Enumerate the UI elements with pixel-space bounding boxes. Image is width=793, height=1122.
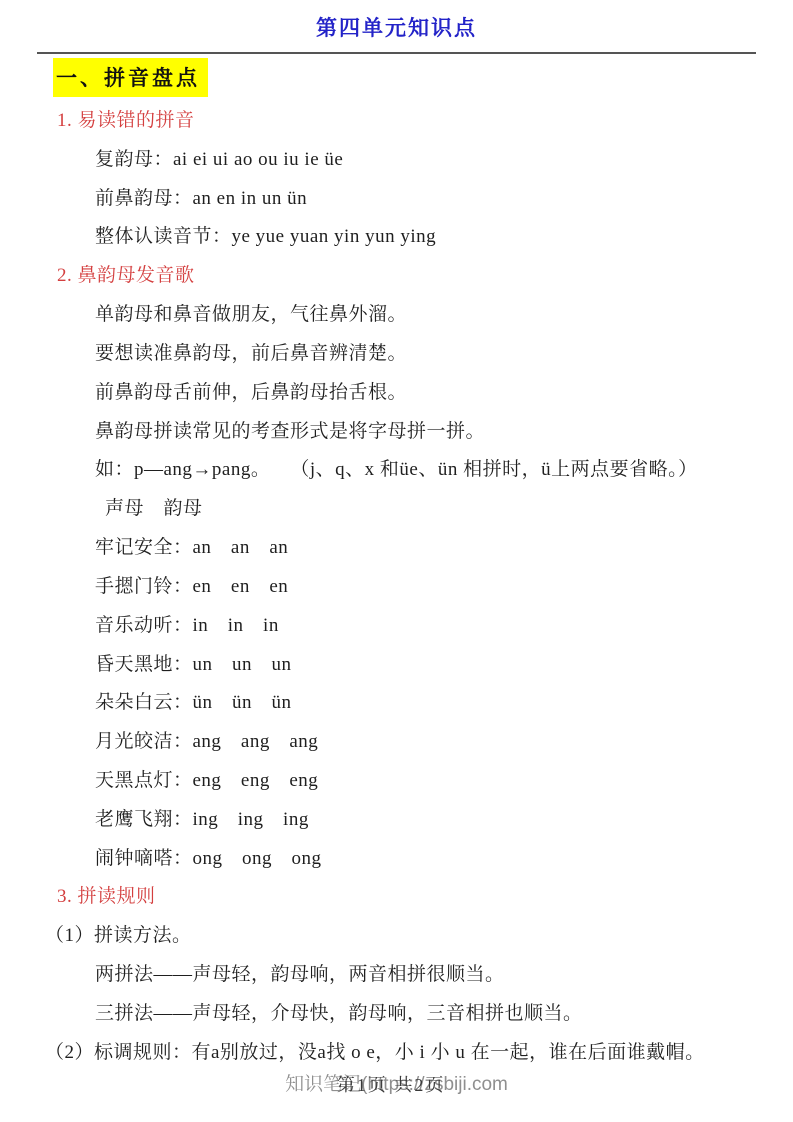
subheading-nasal-finals-song: 2. 鼻韵母发音歌 [0, 254, 793, 293]
subheading-easily-misread-pinyin: 1. 易读错的拼音 [0, 99, 793, 138]
line-two-spell-method: 两拼法——声母轻，韵母响，两音相拼很顺当。 [0, 953, 793, 992]
page-title: 第四单元知识点 [0, 12, 793, 42]
line-vn: 朵朵白云：ün ün ün [0, 681, 793, 720]
line-song-2: 要想读准鼻韵母，前后鼻音辨清楚。 [0, 332, 793, 371]
line-an: 牢记安全：an an an [0, 526, 793, 565]
line-ong: 闹钟嘀嗒：ong ong ong [0, 837, 793, 876]
line-in: 音乐动听：in in in [0, 604, 793, 643]
line-song-1: 单韵母和鼻音做朋友，气往鼻外溜。 [0, 293, 793, 332]
line-ing: 老鹰飞翔：ing ing ing [0, 798, 793, 837]
section-heading-pinyin-inventory: 一、拼音盘点 [53, 58, 208, 97]
line-front-nasal-finals: 前鼻韵母：an en in un ün [0, 177, 793, 216]
line-ang: 月光皎洁：ang ang ang [0, 720, 793, 759]
line-exam-form-note: 鼻韵母拼读常见的考查形式是将字母拼一拼。 [0, 410, 793, 449]
line-example-pang: 如：p—ang→pang。 （j、q、x 和üe、ün 相拼时，ü上两点要省略。… [0, 448, 793, 487]
line-en: 手摁门铃：en en en [0, 565, 793, 604]
document-page: 第四单元知识点 一、拼音盘点 1. 易读错的拼音 复韵母：ai ei ui ao… [0, 0, 793, 1122]
line-tone-marking-rule: （2）标调规则：有a别放过，没a找 o e，小 i 小 u 在一起，谁在后面谁戴… [0, 1031, 793, 1070]
page-number: 第1页 共2页 [337, 1071, 446, 1097]
title-divider [37, 52, 756, 54]
document-body: 1. 易读错的拼音 复韵母：ai ei ui ao ou iu ie üe 前鼻… [0, 99, 793, 1070]
line-un: 昏天黑地：un un un [0, 643, 793, 682]
line-spelling-methods: （1）拼读方法。 [0, 914, 793, 953]
line-three-spell-method: 三拼法——声母轻，介母快，韵母响，三音相拼也顺当。 [0, 992, 793, 1031]
line-initial-final-header: 声母 韵母 [0, 487, 793, 526]
subheading-spelling-rules: 3. 拼读规则 [0, 876, 793, 915]
line-eng: 天黑点灯：eng eng eng [0, 759, 793, 798]
line-whole-syllables: 整体认读音节：ye yue yuan yin yun ying [0, 215, 793, 254]
page-footer: 知识笔记(https://zsbiji.com 第1页 共2页 [0, 1066, 793, 1100]
line-song-3: 前鼻韵母舌前伸，后鼻韵母抬舌根。 [0, 371, 793, 410]
line-compound-finals: 复韵母：ai ei ui ao ou iu ie üe [0, 138, 793, 177]
